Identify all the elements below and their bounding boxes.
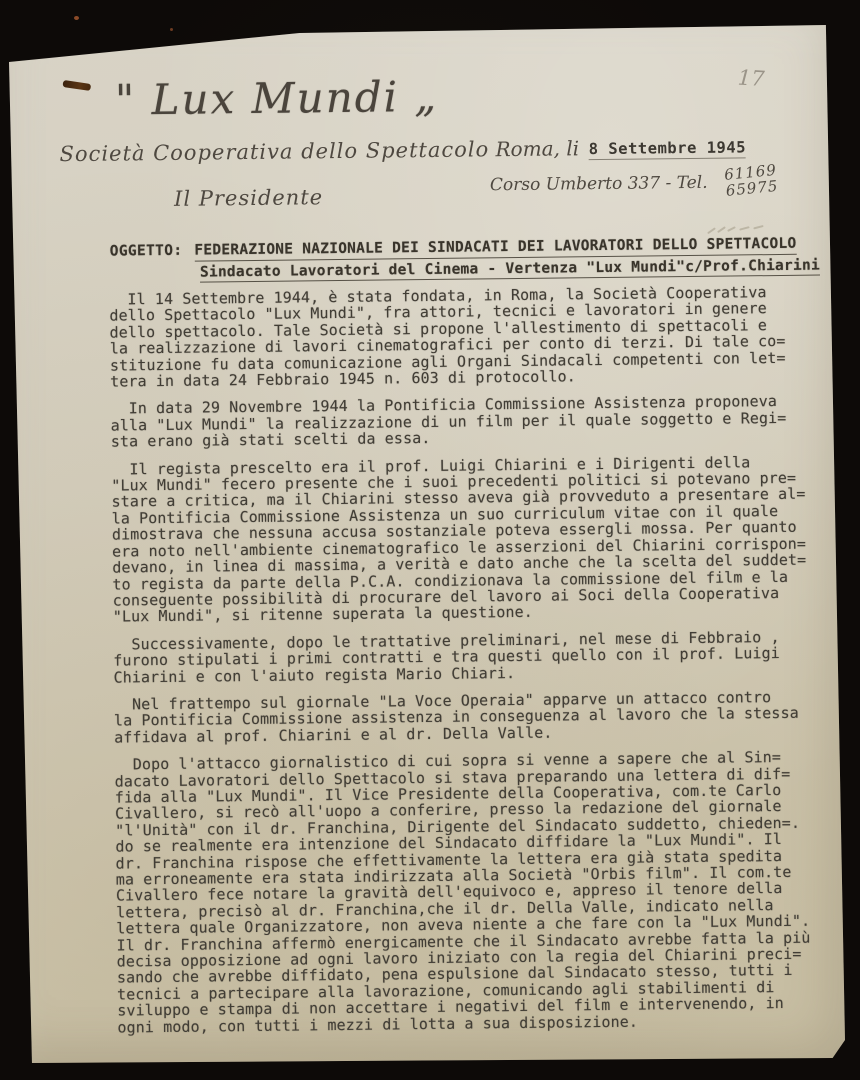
subject-block: OGGETTO: FEDERAZIONE NAZIONALE DEI SINDA… — [110, 234, 820, 284]
city-date-label: Roma, li — [495, 136, 579, 161]
dust-speck — [74, 16, 79, 20]
paragraph-6: Dopo l'attacco giornalistico di cui sopr… — [114, 749, 811, 1036]
typed-date: 8 Settembre 1945 — [589, 138, 747, 160]
paragraph-5: Nel frattempo sul giornale "La Voce Oper… — [114, 689, 808, 746]
paragraph-3: Il regista prescelto era il prof. Luigi … — [111, 453, 807, 625]
paragraph-2: In data 29 Novembre 1944 la Pontificia C… — [110, 393, 804, 450]
handwritten-page-number: 17 — [737, 66, 765, 92]
phone-number-2: 65975 — [725, 177, 779, 200]
letterhead-subtitle: Società Cooperativa dello Spettacolo — [59, 137, 489, 166]
address-label: Corso Umberto 337 - Tel. — [490, 173, 708, 195]
letterhead-company-name: " Lux Mundi „ — [115, 72, 439, 125]
date-line: Roma, li 8 Settembre 1945 — [495, 134, 746, 161]
letterhead-signatory-title: Il Presidente — [174, 185, 323, 211]
paragraph-1: Il 14 Settembre 1944, è stata fondata, i… — [109, 284, 804, 390]
phone-numbers: 6116965975 — [724, 162, 780, 199]
staple-mark — [62, 80, 91, 91]
subject-label: OGGETTO: — [110, 241, 183, 262]
paragraph-4: Successivamente, dopo le trattative prel… — [113, 628, 807, 685]
letter-body: Il 14 Settembre 1944, è stata fondata, i… — [109, 284, 811, 1047]
address-line: Corso Umberto 337 - Tel. 6116965975 — [490, 164, 778, 199]
dust-speck — [170, 28, 173, 31]
photo-background: " Lux Mundi „ Società Cooperativa dello … — [0, 0, 860, 1080]
page-content: " Lux Mundi „ Società Cooperativa dello … — [2, 17, 852, 1072]
document-page: " Lux Mundi „ Società Cooperativa dello … — [8, 22, 846, 1068]
